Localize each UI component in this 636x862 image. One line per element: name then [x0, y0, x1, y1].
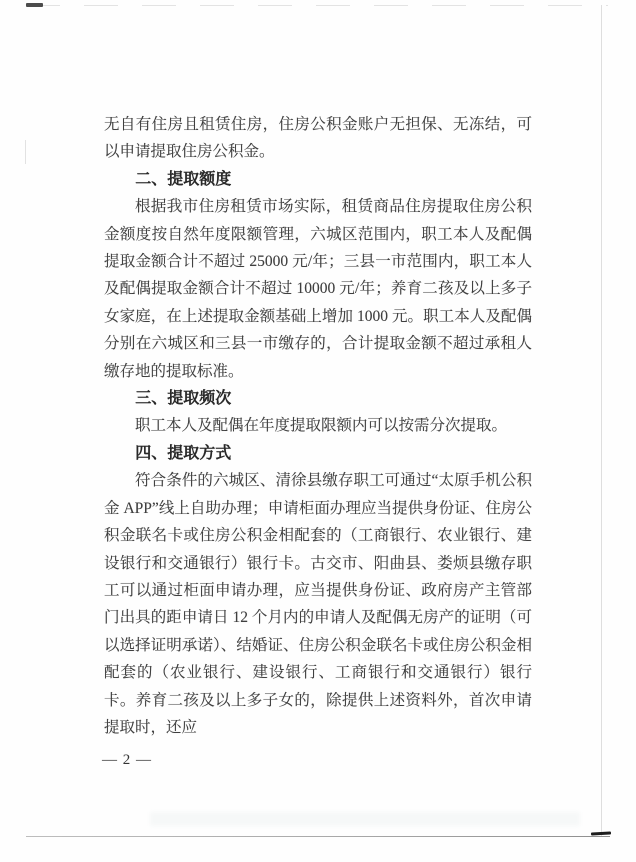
- heading-section-3-withdrawal-frequency: 三、提取频次: [104, 385, 532, 412]
- scan-bottom-edge-line: [26, 836, 610, 837]
- scanned-document-page: 无自有住房且租赁住房，住房公积金账户无担保、无冻结，可以申请提取住房公积金。 二…: [0, 0, 636, 862]
- scan-top-edge-line: [26, 5, 608, 6]
- page-number: — 2 —: [102, 751, 152, 769]
- heading-section-4-withdrawal-method: 四、提取方式: [104, 440, 532, 467]
- scan-bottom-smudge: [150, 812, 580, 826]
- paragraph-withdrawal-frequency: 职工本人及配偶在年度提取限额内可以按需分次提取。: [104, 412, 532, 439]
- paragraph-withdrawal-quota: 根据我市住房租赁市场实际，租赁商品住房提取住房公积金额度按自然年度限额管理，六城…: [104, 193, 532, 385]
- paragraph-eligibility-continuation: 无自有住房且租赁住房，住房公积金账户无担保、无冻结，可以申请提取住房公积金。: [104, 111, 532, 166]
- scan-right-edge-line: [601, 5, 602, 837]
- scan-bottom-right-corner-mark: [591, 831, 611, 835]
- scan-left-margin-mark: [25, 140, 26, 164]
- document-body: 无自有住房且租赁住房，住房公积金账户无担保、无冻结，可以申请提取住房公积金。 二…: [104, 111, 532, 741]
- paragraph-withdrawal-method: 符合条件的六城区、清徐县缴存职工可通过“太原手机公积金 APP”线上自助办理；申…: [104, 467, 532, 741]
- heading-section-2-withdrawal-quota: 二、提取额度: [104, 166, 532, 193]
- scan-top-left-mark: [26, 3, 43, 7]
